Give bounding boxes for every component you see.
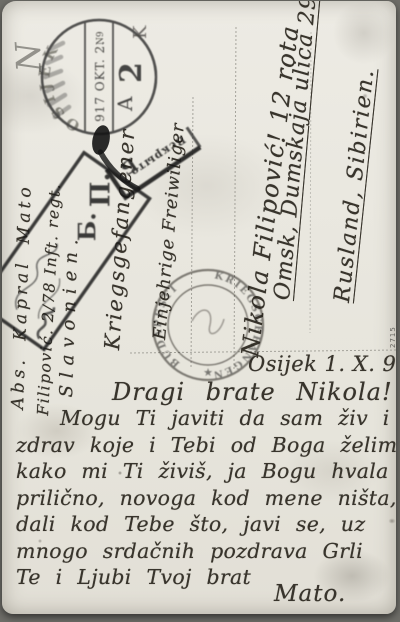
ink-blot-blob xyxy=(90,124,113,157)
message-dateline: Osijek 1. X. 917. xyxy=(248,352,396,376)
postmark-side-letter: K xyxy=(130,25,151,39)
pencil-mark: N xyxy=(8,41,50,73)
osijek-postmark: OSIJEK 917 OKT. 2. N9 2 A K xyxy=(35,20,156,135)
message-line: dali kod Tebe što, javi se, uz xyxy=(16,511,396,538)
budapest-center-scribble xyxy=(192,310,224,333)
scan-background: N Abs. Kapral Mato Filipović. 2/78 Inft.… xyxy=(0,0,400,622)
postmark-time-code: N9 xyxy=(96,31,106,45)
address-line: Einjehrige Freiwiliger xyxy=(150,122,189,341)
message-body: Mogu Ti javiti da sam živ i zdrav koje i… xyxy=(16,405,396,591)
postcard: N Abs. Kapral Mato Filipović. 2/78 Inft.… xyxy=(2,1,396,614)
message-line: zdrav koje i Tebi od Boga želim, xyxy=(16,432,396,459)
address-line: Kriegsgefangener xyxy=(100,127,139,351)
message-line: kako mi Ti živiš, ja Bogu hvala xyxy=(16,458,396,485)
message-salutation: Dragi brate Nikola! xyxy=(112,378,393,406)
sender-line: Slavonien. xyxy=(56,232,83,398)
postmark-date-band xyxy=(85,21,113,133)
message-line: prilično, novoga kod mene ništa, xyxy=(16,485,396,512)
address-line: Rusland, Sibirien. xyxy=(330,67,379,304)
message-line: Mogu Ti javiti da sam živ i xyxy=(16,405,396,432)
sender-line: Abs. Kapral Mato xyxy=(8,183,36,410)
postmark-date: 917 OKT. 2. xyxy=(93,40,107,122)
address-rule-line xyxy=(234,27,236,369)
postmark-ring xyxy=(42,20,156,134)
address-rule-line xyxy=(191,97,193,369)
opened-censor-frame xyxy=(187,127,200,147)
postmark-index-letter: A xyxy=(113,96,137,112)
message-line: mnogo srdačnih pozdrava Grli xyxy=(16,538,396,565)
print-code: 2715 xyxy=(389,326,396,348)
message-signature: Mato. xyxy=(274,581,346,607)
postmark-index-number: 2 xyxy=(114,62,149,83)
